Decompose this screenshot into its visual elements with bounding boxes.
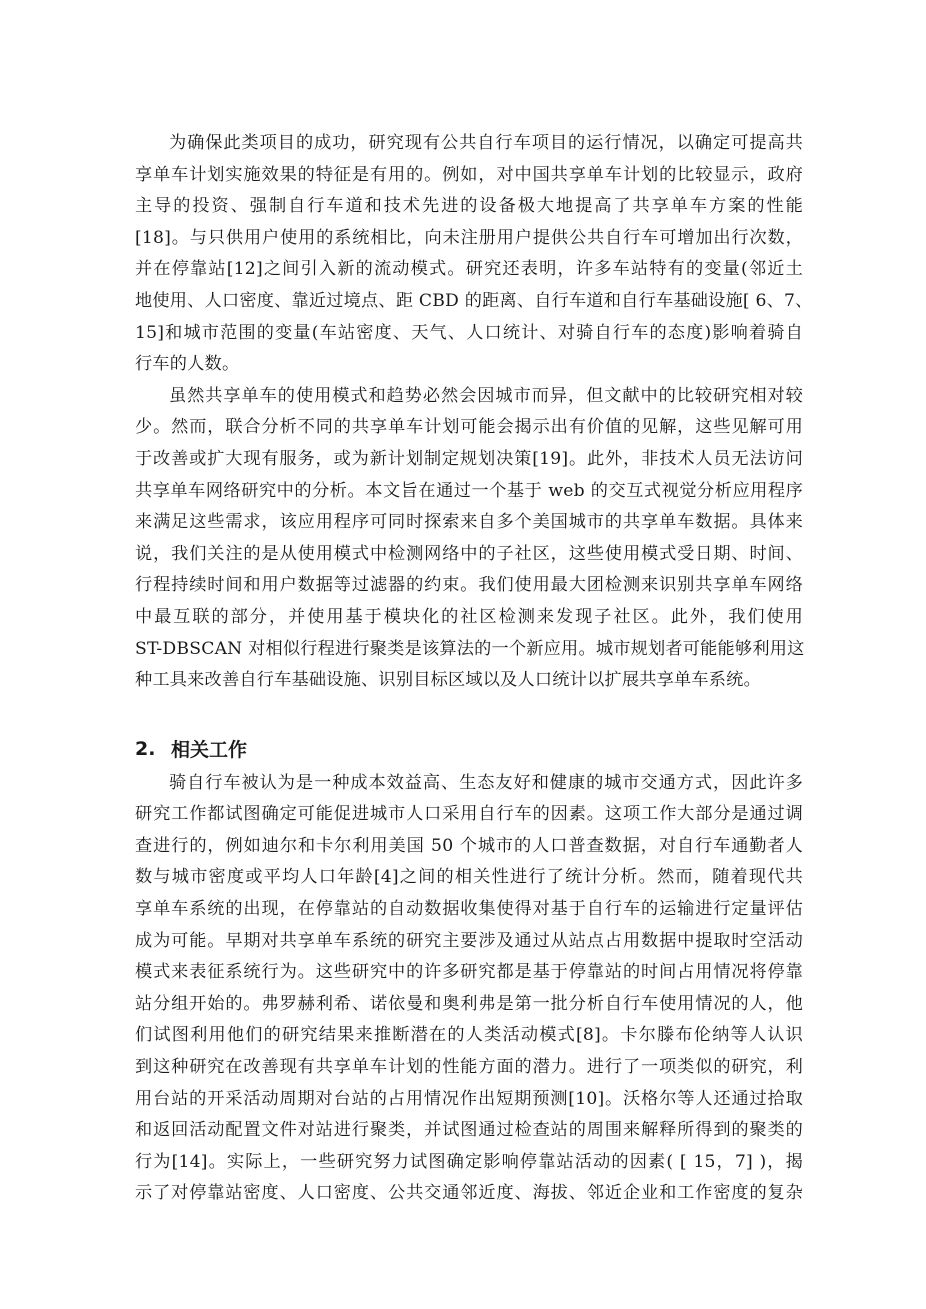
text-line: 模式来表征系统行为。这些研究中的许多研究都是基于停靠站的时间占用情况将停靠 <box>135 957 803 989</box>
text-line: 用台站的开采活动周期对台站的占用情况作出短期预测[10]。沃格尔等人还通过拾取 <box>135 1084 803 1116</box>
paragraph-intro-1: 为确保此类项目的成功，研究现有公共自行车项目的运行情况，以确定可提高共 享单车计… <box>135 128 803 381</box>
text-line: [18]。与只供用户使用的系统相比，向未注册用户提供公共自行车可增加出行次数， <box>135 223 803 255</box>
document-page: 为确保此类项目的成功，研究现有公共自行车项目的运行情况，以确定可提高共 享单车计… <box>135 128 803 1210</box>
text-line: ST-DBSCAN 对相似行程进行聚类是该算法的一个新应用。城市规划者可能能够利… <box>135 634 803 666</box>
section-heading: 2. 相关工作 <box>135 730 803 768</box>
text-line: 15]和城市范围的变量(车站密度、天气、人口统计、对骑自行车的态度)影响着骑自 <box>135 318 803 350</box>
text-line: 享单车计划实施效果的特征是有用的。例如，对中国共享单车计划的比较显示，政府 <box>135 160 803 192</box>
paragraph-related-work: 骑自行车被认为是一种成本效益高、生态友好和健康的城市交通方式，因此许多 研究工作… <box>135 768 803 1210</box>
text-line: 们试图利用他们的研究结果来推断潜在的人类活动模式[8]。卡尔滕布伦纳等人认识 <box>135 1020 803 1052</box>
text-line: 骑自行车被认为是一种成本效益高、生态友好和健康的城市交通方式，因此许多 <box>135 768 803 800</box>
text-line: 行程持续时间和用户数据等过滤器的约束。我们使用最大团检测来识别共享单车网络 <box>135 570 803 602</box>
text-line: 种工具来改善自行车基础设施、识别目标区域以及人口统计以扩展共享单车系统。 <box>135 665 803 697</box>
text-line: 来满足这些需求，该应用程序可同时探索来自多个美国城市的共享单车数据。具体来 <box>135 507 803 539</box>
text-line: 示了对停靠站密度、人口密度、公共交通邻近度、海拔、邻近企业和工作密度的复杂 <box>135 1178 803 1210</box>
section-number: 2. <box>135 738 171 760</box>
text-line: 于改善或扩大现有服务，或为新计划制定规划决策[19]。此外，非技术人员无法访问 <box>135 444 803 476</box>
text-line: 行车的人数。 <box>135 349 803 381</box>
text-line: 为确保此类项目的成功，研究现有公共自行车项目的运行情况，以确定可提高共 <box>135 128 803 160</box>
text-line: 共享单车网络研究中的分析。本文旨在通过一个基于 web 的交互式视觉分析应用程序 <box>135 476 803 508</box>
text-line: 查进行的，例如迪尔和卡尔利用美国 50 个城市的人口普查数据，对自行车通勤者人 <box>135 831 803 863</box>
text-line: 站分组开始的。弗罗赫利希、诺依曼和奥利弗是第一批分析自行车使用情况的人，他 <box>135 989 803 1021</box>
text-line: 虽然共享单车的使用模式和趋势必然会因城市而异，但文献中的比较研究相对较 <box>135 381 803 413</box>
section-title: 相关工作 <box>171 735 247 762</box>
text-line: 地使用、人口密度、靠近过境点、距 CBD 的距离、自行车道和自行车基础设施[ 6… <box>135 286 803 318</box>
text-line: 少。然而，联合分析不同的共享单车计划可能会揭示出有价值的见解，这些见解可用 <box>135 412 803 444</box>
paragraph-intro-2: 虽然共享单车的使用模式和趋势必然会因城市而异，但文献中的比较研究相对较 少。然而… <box>135 381 803 697</box>
text-line: 数与城市密度或平均人口年龄[4]之间的相关性进行了统计分析。然而，随着现代共 <box>135 862 803 894</box>
text-line: 成为可能。早期对共享单车系统的研究主要涉及通过从站点占用数据中提取时空活动 <box>135 926 803 958</box>
text-line: 中最互联的部分，并使用基于模块化的社区检测来发现子社区。此外，我们使用 <box>135 602 803 634</box>
text-line: 行为[14]。实际上，一些研究努力试图确定影响停靠站活动的因素( [ 15，7]… <box>135 1147 803 1179</box>
text-line: 并在停靠站[12]之间引入新的流动模式。研究还表明，许多车站特有的变量(邻近土 <box>135 254 803 286</box>
text-line: 享单车系统的出现，在停靠站的自动数据收集使得对基于自行车的运输进行定量评估 <box>135 894 803 926</box>
text-line: 和返回活动配置文件对站进行聚类，并试图通过检查站的周围来解释所得到的聚类的 <box>135 1115 803 1147</box>
text-line: 研究工作都试图确定可能促进城市人口采用自行车的因素。这项工作大部分是通过调 <box>135 799 803 831</box>
text-line: 到这种研究在改善现有共享单车计划的性能方面的潜力。进行了一项类似的研究，利 <box>135 1052 803 1084</box>
text-line: 说，我们关注的是从使用模式中检测网络中的子社区，这些使用模式受日期、时间、 <box>135 539 803 571</box>
text-line: 主导的投资、强制自行车道和技术先进的设备极大地提高了共享单车方案的性能 <box>135 191 803 223</box>
